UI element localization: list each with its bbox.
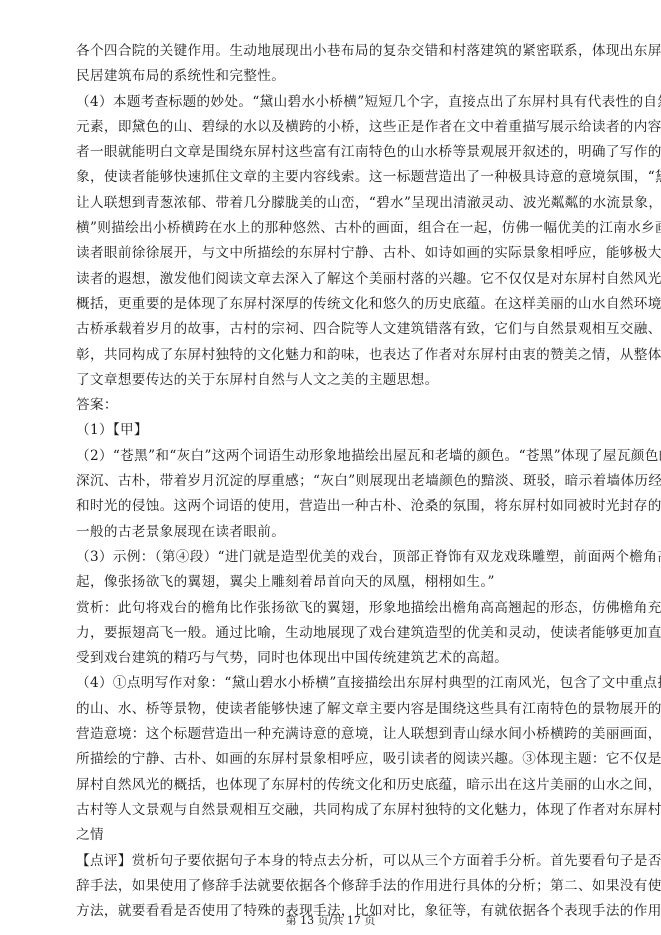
page-number: 第 13 页/共 17 页 <box>0 912 661 928</box>
answer-heading: 答案： <box>76 393 606 418</box>
text-line: 之情 <box>76 823 606 848</box>
text-line: 和时光的侵蚀。这两个词语的使用，营造出一种古朴、沧桑的氛围，将东屏村如同被时光封… <box>76 494 606 519</box>
document-body: 各个四合院的关键作用。生动地展现出小巷布局的复杂交错和村落建筑的紧密联系，体现出… <box>76 39 606 924</box>
text-line: 古桥承载着岁月的故事，古村的宗祠、四合院等人文建筑错落有致，它们与自然景观相互交… <box>76 317 606 342</box>
comment-line: 【点评】赏析句子要依据句子本身的特点去分析，可以从三个方面着手分析。首先要看句子… <box>76 849 606 874</box>
text-line: 所描绘的宁静、古朴、如画的东屏村景象相呼应，吸引读者的阅读兴趣。③体现主题：它不… <box>76 747 606 772</box>
text-line: 力，要振翅高飞一般。通过比喻，生动地展现了戏台建筑造型的优美和灵动，使读者能够更… <box>76 621 606 646</box>
text-line: 者一眼就能明白文章是围绕东屏村这些富有江南特色的山水桥等景观展开叙述的，明确了写… <box>76 140 606 165</box>
text-line: 屏村自然风光的概括，也体现了东屏村的传统文化和历史底蕴，暗示出在这片美丽的山水之… <box>76 773 606 798</box>
text-line: 概括，更重要的是体现了东屏村深厚的传统文化和悠久的历史底蕴。在这样美丽的山水自然… <box>76 292 606 317</box>
text-line: 起，像张扬欲飞的翼翅，翼尖上雕刻着昂首向天的凤凰，栩栩如生。” <box>76 570 606 595</box>
text-line: 民居建筑布局的系统性和完整性。 <box>76 64 606 89</box>
text-line: 了文章想要传达的关于东屏村自然与人文之美的主题思想。 <box>76 368 606 393</box>
text-line: 赏析：此句将戏台的檐角比作张扬欲飞的翼翅，形象地描绘出檐角高高翘起的形态，仿佛檐… <box>76 596 606 621</box>
text-line: （4）①点明写作对象：“黛山碧水小桥横”直接描绘出东屏村典型的江南风光，包含了文… <box>76 671 606 696</box>
text-line: 受到戏台建筑的精巧与气势，同时也体现出中国传统建筑艺术的高超。 <box>76 646 606 671</box>
text-line: 彰，共同构成了东屏村独特的文化魅力和韵味，也表达了作者对东屏村由衷的赞美之情，从… <box>76 343 606 368</box>
text-line: 深沉、古朴，带着岁月沉淀的厚重感；“灰白”则展现出老墙颜色的黯淡、斑驳，暗示着墙… <box>76 469 606 494</box>
text-line: 读者眼前徐徐展开，与文中所描绘的东屏村宁静、古朴、如诗如画的实际景象相呼应，能够… <box>76 241 606 266</box>
text-line: 营造意境：这个标题营造出一种充满诗意的意境，让人联想到青山绿水间小桥横跨的美丽画… <box>76 722 606 747</box>
answer-1: （1）【甲】 <box>76 418 606 443</box>
text-line: （2）“苍黑”和“灰白”这两个词语生动形象地描绘出屋瓦和老墙的颜色。“苍黑”体现… <box>76 444 606 469</box>
text-line: 的山、水、桥等景物，使读者能够快速了解文章主要内容是围绕这些具有江南特色的景物展… <box>76 697 606 722</box>
text-line: （4）本题考查标题的妙处。“黛山碧水小桥横”短短几个字，直接点出了东屏村具有代表… <box>76 90 606 115</box>
text-line: 读者的遐想，激发他们阅读文章去深入了解这个美丽村落的兴趣。它不仅仅是对东屏村自然… <box>76 267 606 292</box>
text-line: （3）示例：（第④段）“进门就是造型优美的戏台，顶部正脊饰有双龙戏珠雕塑，前面两… <box>76 545 606 570</box>
text-line: 让人联想到青葱浓郁、带着几分朦胧美的山峦，“碧水”呈现出清澈灵动、波光粼粼的水流… <box>76 191 606 216</box>
text-line: 各个四合院的关键作用。生动地展现出小巷布局的复杂交错和村落建筑的紧密联系，体现出… <box>76 39 606 64</box>
text-line: 辞手法，如果使用了修辞手法就要依据各个修辞手法的作用进行具体的分析；第二、如果没… <box>76 874 606 899</box>
text-line: 象，使读者能够快速抓住文章的主要内容线索。这一标题营造出了一种极具诗意的意境氛围… <box>76 165 606 190</box>
text-line: 古村等人文景观与自然景观相互交融，共同构成了东屏村独特的文化魅力，体现了作者对东… <box>76 798 606 823</box>
text-line: 元素，即黛色的山、碧绿的水以及横跨的小桥，这些正是作者在文中着重描写展示给读者的… <box>76 115 606 140</box>
text-line: 横”则描绘出小桥横跨在水上的那种悠然、古朴的画面，组合在一起，仿佛一幅优美的江南… <box>76 216 606 241</box>
document-page: 各个四合院的关键作用。生动地展现出小巷布局的复杂交错和村落建筑的紧密联系，体现出… <box>0 0 661 935</box>
text-line: 一般的古老景象展现在读者眼前。 <box>76 520 606 545</box>
